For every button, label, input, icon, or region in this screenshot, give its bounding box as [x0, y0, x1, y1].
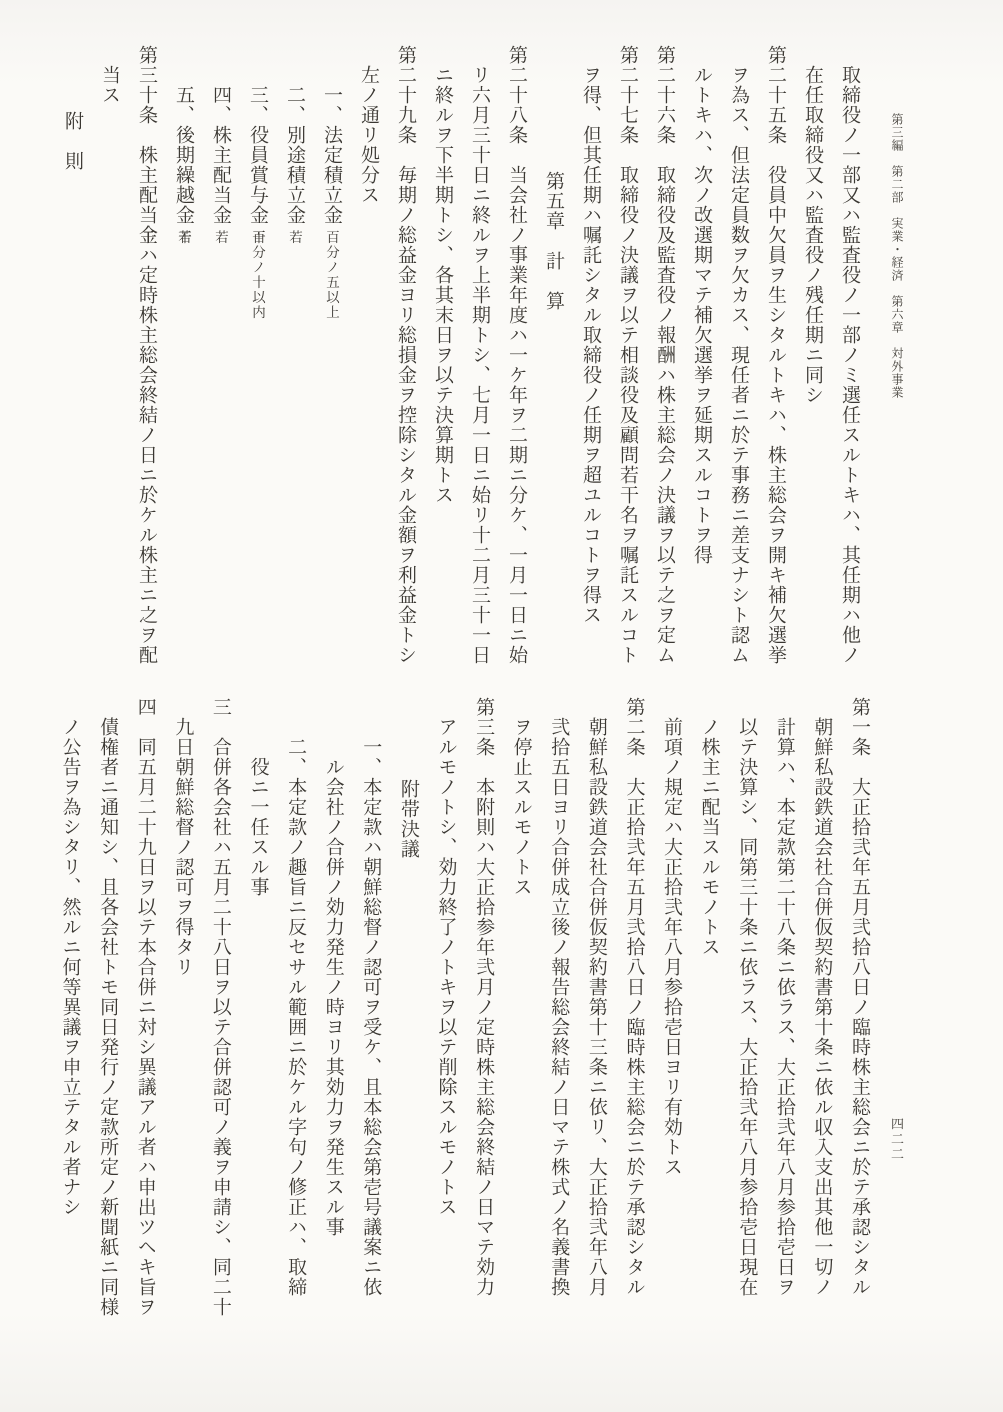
- appendix-article-1-continuation-line: 計算ハ、本定款第二十八条ニ依ラス、大正拾弐年八月参拾壱日ヲ: [765, 697, 803, 1321]
- article-25-line: 第二十五条 役員中欠員ヲ生シタルトキハ、株主総会ヲ開キ補欠選挙: [757, 45, 794, 669]
- article-24-continuation-line: 在任取締役又ハ監査役ノ残任期ニ同シ: [794, 45, 831, 669]
- appropriation-list-item: 三、役員賞与金 百分ノ十以内: [239, 45, 276, 669]
- list-item-label: 五、後期繰越金: [173, 85, 194, 225]
- article-29-line: 第二十九条 毎期ノ総益金ヨリ総損金ヲ控除シタル金額ヲ利益金トシ: [387, 45, 424, 669]
- article-28-continuation-line: リ六月三十日ニ終ルヲ上半期トシ、七月一日ニ始リ十二月三十一日: [461, 45, 498, 669]
- appendix-article-1-continuation-line: 朝鮮私設鉄道会社合併仮契約書第十条ニ依ル収入支出其他一切ノ: [803, 697, 841, 1321]
- appendix-article-2-continuation-line: ヲ停止スルモノトス: [502, 697, 540, 1321]
- resolution-item-4-continuation-line: ノ公告ヲ為シタリ、然ルニ何等異議ヲ申立テタル者ナシ: [51, 697, 89, 1321]
- list-item-amount: 百分ノ十以内: [239, 230, 276, 322]
- resolution-item-4-continuation-line: 債権者ニ通知シ、且各会社トモ同日発行ノ定款所定ノ新聞紙ニ同様: [89, 697, 127, 1321]
- list-item-label: 三、役員賞与金: [247, 85, 268, 225]
- appendix-article-1-continuation-line: ノ株主ニ配当スルモノトス: [690, 697, 728, 1321]
- article-24-continuation-line: 取締役ノ一部又ハ監査役ノ一部ノミ選任スルトキハ、其任期ハ他ノ: [831, 45, 868, 669]
- appendix-heading: 附 則: [54, 45, 91, 669]
- appendix-block: 第一条 大正拾弐年五月弐拾八日ノ臨時株主総会ニ於テ承認シタル 朝鮮私設鉄道会社合…: [51, 697, 878, 1321]
- appendix-article-2-continuation-line: 朝鮮私設鉄道会社合併仮契約書第十三条ニ依リ、大正拾弐年八月: [577, 697, 615, 1321]
- list-item-label: 一、法定積立金: [321, 85, 342, 225]
- resolution-item-1-continuation-line: ル会社ノ合併ノ効力発生ノ時ヨリ其効力ヲ発生スル事: [314, 697, 352, 1321]
- page-number: 四二二: [886, 1117, 906, 1162]
- article-29-continuation-line: 左ノ通リ処分ス: [350, 45, 387, 669]
- appendix-article-1-continuation-line: 以テ決算シ、同第三十条ニ依ラス、大正拾弐年八月参拾壱日現在: [728, 697, 766, 1321]
- list-item-label: 四、株主配当金: [210, 85, 231, 225]
- appendix-article-2-continuation-line: 弐拾五日ヨリ合併成立後ノ報告総会終結ノ日マテ株式ノ名義書換: [540, 697, 578, 1321]
- appropriation-list-item: 五、後期繰越金 若干: [165, 45, 202, 669]
- appendix-article-3-line: 第三条 本附則ハ大正拾参年弐月ノ定時株主総会終結ノ日マテ効力: [464, 697, 502, 1321]
- articles-block: 取締役ノ一部又ハ監査役ノ一部ノミ選任スルトキハ、其任期ハ他ノ 在任取締役又ハ監査…: [54, 45, 868, 669]
- list-item-amount: 百分ノ五以上: [313, 230, 350, 322]
- scanned-book-page: 第三編 第二部 実業・経済 第六章 対外事業 四二二 取締役ノ一部又ハ監査役ノ一…: [0, 0, 1003, 1412]
- resolution-item-3-line: 三 合併各会社ハ五月二十八日ヲ以テ合併認可ノ義ヲ申請シ、同二十: [201, 697, 239, 1321]
- resolution-item-3-continuation-line: 九日朝鮮総督ノ認可ヲ得タリ: [164, 697, 202, 1321]
- appropriation-list-item: 四、株主配当金 若干: [202, 45, 239, 669]
- article-30-line: 第三十条 株主配当金ハ定時株主総会終結ノ日ニ於ケル株主ニ之ヲ配: [128, 45, 165, 669]
- list-item-label: 二、別途積立金: [284, 85, 305, 225]
- resolution-item-1-line: 一、本定款ハ朝鮮総督ノ認可ヲ受ケ、且本総会第壱号議案ニ依: [352, 697, 390, 1321]
- resolution-item-2-line: 二、本定款ノ趣旨ニ反セサル範囲ニ於ケル字句ノ修正ハ、取締: [277, 697, 315, 1321]
- article-26-line: 第二十六条 取締役及監査役ノ報酬ハ株主総会ノ決議ヲ以テ之ヲ定ム: [646, 45, 683, 669]
- appendix-article-1-continuation-line: 前項ノ規定ハ大正拾弐年八月参拾壱日ヨリ有効トス: [652, 697, 690, 1321]
- appendix-article-2-line: 第二条 大正拾弐年五月弐拾八日ノ臨時株主総会ニ於テ承認シタル: [615, 697, 653, 1321]
- running-head: 第三編 第二部 実業・経済 第六章 対外事業: [887, 113, 907, 399]
- article-28-continuation-line: ニ終ルヲ下半期トシ、各其末日ヲ以テ決算期トス: [424, 45, 461, 669]
- article-27-continuation-line: ヲ得、但其任期ハ嘱託シタル取締役ノ任期ヲ超ユルコトヲ得ス: [572, 45, 609, 669]
- resolution-item-4-line: 四 同五月二十九日ヲ以テ本合併ニ対シ異議アル者ハ申出ツヘキ旨ヲ: [126, 697, 164, 1321]
- chapter-5-heading: 第五章 計 算: [535, 45, 572, 669]
- article-28-line: 第二十八条 当会社ノ事業年度ハ一ケ年ヲ二期ニ分ケ、一月一日ニ始: [498, 45, 535, 669]
- supplementary-resolution-heading: 附帯決議: [389, 697, 427, 1321]
- appropriation-list-item: 一、法定積立金 百分ノ五以上: [313, 45, 350, 669]
- article-25-continuation-line: ルトキハ、次ノ改選期マテ補欠選挙ヲ延期スルコトヲ得: [683, 45, 720, 669]
- article-27-line: 第二十七条 取締役ノ決議ヲ以テ相談役及顧問若干名ヲ嘱託スルコト: [609, 45, 646, 669]
- appendix-article-1-line: 第一条 大正拾弐年五月弐拾八日ノ臨時株主総会ニ於テ承認シタル: [840, 697, 878, 1321]
- appendix-article-3-continuation-line: アルモノトシ、効力終了ノトキヲ以テ削除スルモノトス: [427, 697, 465, 1321]
- article-30-continuation-line: 当ス: [91, 45, 128, 669]
- appropriation-list-item: 二、別途積立金 若干: [276, 45, 313, 669]
- article-25-continuation-line: ヲ為ス、但法定員数ヲ欠カス、現任者ニ於テ事務ニ差支ナシト認ム: [720, 45, 757, 669]
- resolution-item-2-continuation-line: 役ニ一任スル事: [239, 697, 277, 1321]
